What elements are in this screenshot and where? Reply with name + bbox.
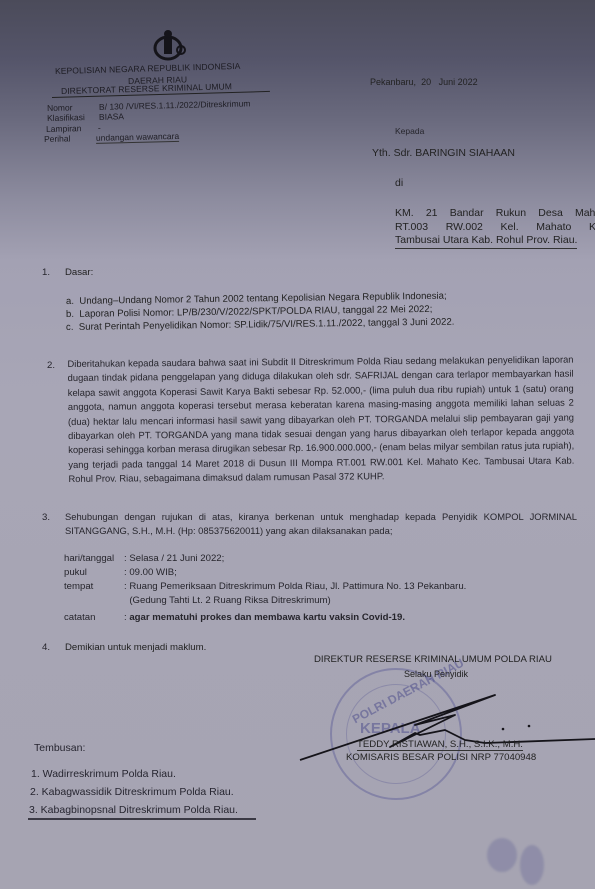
point-2-text: Diberitahukan kepada saudara bahwa saat … (67, 353, 574, 487)
month-year: Juni 2022 (439, 77, 478, 87)
point-4-number: 4. (42, 642, 50, 653)
place-date: Pekanbaru, 20 Juni 2022 (370, 77, 478, 87)
address-line: KM. 21 Bandar Rukun Desa Mahato (395, 207, 595, 221)
klasifikasi-label: Klasifikasi (47, 112, 99, 123)
recipient-name: Yth. Sdr. BARINGIN SIAHAAN (372, 147, 515, 159)
schedule-place: tempat: Ruang Pemeriksaan Ditreskrimum P… (64, 580, 466, 607)
address-line: RT.003 RW.002 Kel. Mahato Kec. (395, 221, 595, 235)
kepada-label: Kepada (395, 126, 424, 136)
point-2-number: 2. (47, 360, 55, 371)
point-3-text: Sehubungan dengan rujukan di atas, kiran… (65, 510, 577, 538)
schedule-time: pukul: 09.00 WIB; (64, 566, 177, 580)
point-3-number: 3. (42, 512, 50, 523)
tembusan-underline (28, 818, 256, 820)
lampiran-value: - (98, 123, 101, 133)
ink-smudge (520, 845, 544, 885)
signature-subtitle: Selaku Penyidik (404, 669, 468, 679)
schedule-date: hari/tanggal: Selasa / 21 Juni 2022; (64, 552, 224, 566)
nomor-value: B/ 130 /VI/RES.1.11./2022/Ditreskrimum (99, 98, 251, 111)
day: 20 (421, 77, 431, 87)
tembusan-item: 1. Wadirreskrimum Polda Riau. (31, 765, 176, 783)
city: Pekanbaru, (370, 77, 416, 87)
recipient-di: di (395, 177, 403, 189)
tembusan-item: 3. Kabagbinopsnal Ditreskrimum Polda Ria… (29, 801, 238, 819)
address-line: Tambusai Utara Kab. Rohul Prov. Riau. (395, 234, 577, 249)
point-1-title: Dasar: (65, 267, 93, 278)
perihal-label: Perihal (44, 133, 96, 144)
klasifikasi-value: BIASA (99, 111, 124, 122)
letter-page: KEPOLISIAN NEGARA REPUBLIK INDONESIA DAE… (0, 0, 595, 889)
meta-perihal: Perihalundangan wawancara (44, 131, 179, 144)
signatory-rank: KOMISARIS BESAR POLISI NRP 77040948 (346, 752, 536, 763)
institution-name: KEPOLISIAN NEGARA REPUBLIK INDONESIA (55, 61, 241, 76)
meta-nomor: NomorB/ 130 /VI/RES.1.11./2022/Ditreskri… (47, 98, 251, 113)
signatory-name: TEDDY RISTIAWAN, S.H., S.I.K., M.H. (357, 739, 523, 751)
perihal-value: undangan wawancara (96, 131, 179, 144)
recipient-address: KM. 21 Bandar Rukun Desa Mahato RT.003 R… (395, 207, 595, 249)
schedule-note: catatan: agar mematuhi prokes dan membaw… (64, 611, 405, 625)
point-1-number: 1. (42, 267, 50, 278)
police-crest-icon (148, 28, 188, 62)
ink-smudge (487, 838, 517, 872)
tembusan-item: 2. Kabagwassidik Ditreskrimum Polda Riau… (30, 783, 234, 801)
meta-klasifikasi: KlasifikasiBIASA (47, 111, 124, 123)
point-4-text: Demikian untuk menjadi maklum. (65, 642, 206, 653)
tembusan-label: Tembusan: (34, 739, 85, 757)
signature-title: DIREKTUR RESERSE KRIMINAL UMUM POLDA RIA… (314, 654, 552, 665)
